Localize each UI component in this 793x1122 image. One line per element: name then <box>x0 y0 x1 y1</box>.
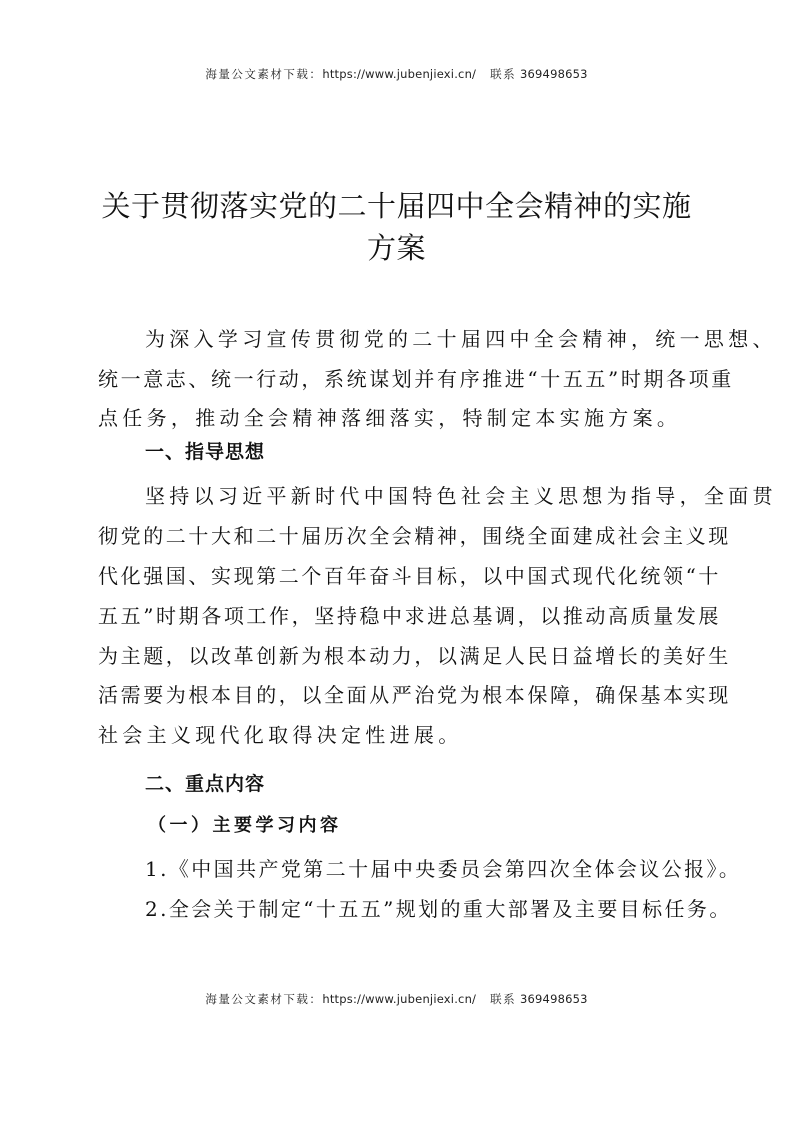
section-paragraph-line: 五五”时期各项工作，坚持稳中求进总基调，以推动高质量发展 <box>98 602 698 630</box>
section-paragraph-line: 坚持以习近平新时代中国特色社会主义思想为指导，全面贯 <box>145 482 698 510</box>
section-heading-guiding-ideology: 一、指导思想 <box>145 438 265 466</box>
section-heading-key-content: 二、重点内容 <box>145 770 265 798</box>
footer-watermark: 海量公文素材下载：https://www.jubenjiexi.cn/联系 36… <box>0 991 793 1007</box>
intro-paragraph-line: 统一意志、统一行动，系统谋划并有序推进“十五五”时期各项重 <box>98 365 698 393</box>
header-watermark: 海量公文素材下载：https://www.jubenjiexi.cn/联系 36… <box>0 66 793 82</box>
intro-paragraph-line: 点任务，推动全会精神落细落实，特制定本实施方案。 <box>98 404 698 432</box>
section-paragraph-line: 彻党的二十大和二十届历次全会精神，围绕全面建成社会主义现 <box>98 522 698 550</box>
section-paragraph-line: 代化强国、实现第二个百年奋斗目标，以中国式现代化统领“十 <box>98 562 698 590</box>
section-paragraph-line: 社会主义现代化取得决定性进展。 <box>98 721 698 749</box>
contact-number: 369498653 <box>520 992 588 1006</box>
study-item-1: 1.《中国共产党第二十届中央委员会第四次全体会议公报》。 <box>145 855 705 883</box>
document-title-line-1: 关于贯彻落实党的二十届四中全会精神的实施 <box>95 185 698 227</box>
document-title-line-2: 方案 <box>95 227 698 269</box>
section-paragraph-line: 为主题，以改革创新为根本动力，以满足人民日益增长的美好生 <box>98 642 698 670</box>
contact-label: 联系 <box>490 67 516 81</box>
watermark-url-link[interactable]: https://www.jubenjiexi.cn/ <box>322 67 476 81</box>
watermark-text: 海量公文素材下载： <box>205 67 322 81</box>
study-item-2: 2.全会关于制定“十五五”规划的重大部署及主要目标任务。 <box>145 895 698 923</box>
section-paragraph-line: 活需要为根本目的，以全面从严治党为根本保障，确保基本实现 <box>98 681 698 709</box>
intro-paragraph-line: 为深入学习宣传贯彻党的二十届四中全会精神，统一思想、 <box>145 325 698 353</box>
subsection-heading-main-study-content: （一）主要学习内容 <box>148 812 342 840</box>
contact-label: 联系 <box>490 992 516 1006</box>
watermark-text: 海量公文素材下载： <box>205 992 322 1006</box>
watermark-url-link[interactable]: https://www.jubenjiexi.cn/ <box>322 992 476 1006</box>
contact-number: 369498653 <box>520 67 588 81</box>
